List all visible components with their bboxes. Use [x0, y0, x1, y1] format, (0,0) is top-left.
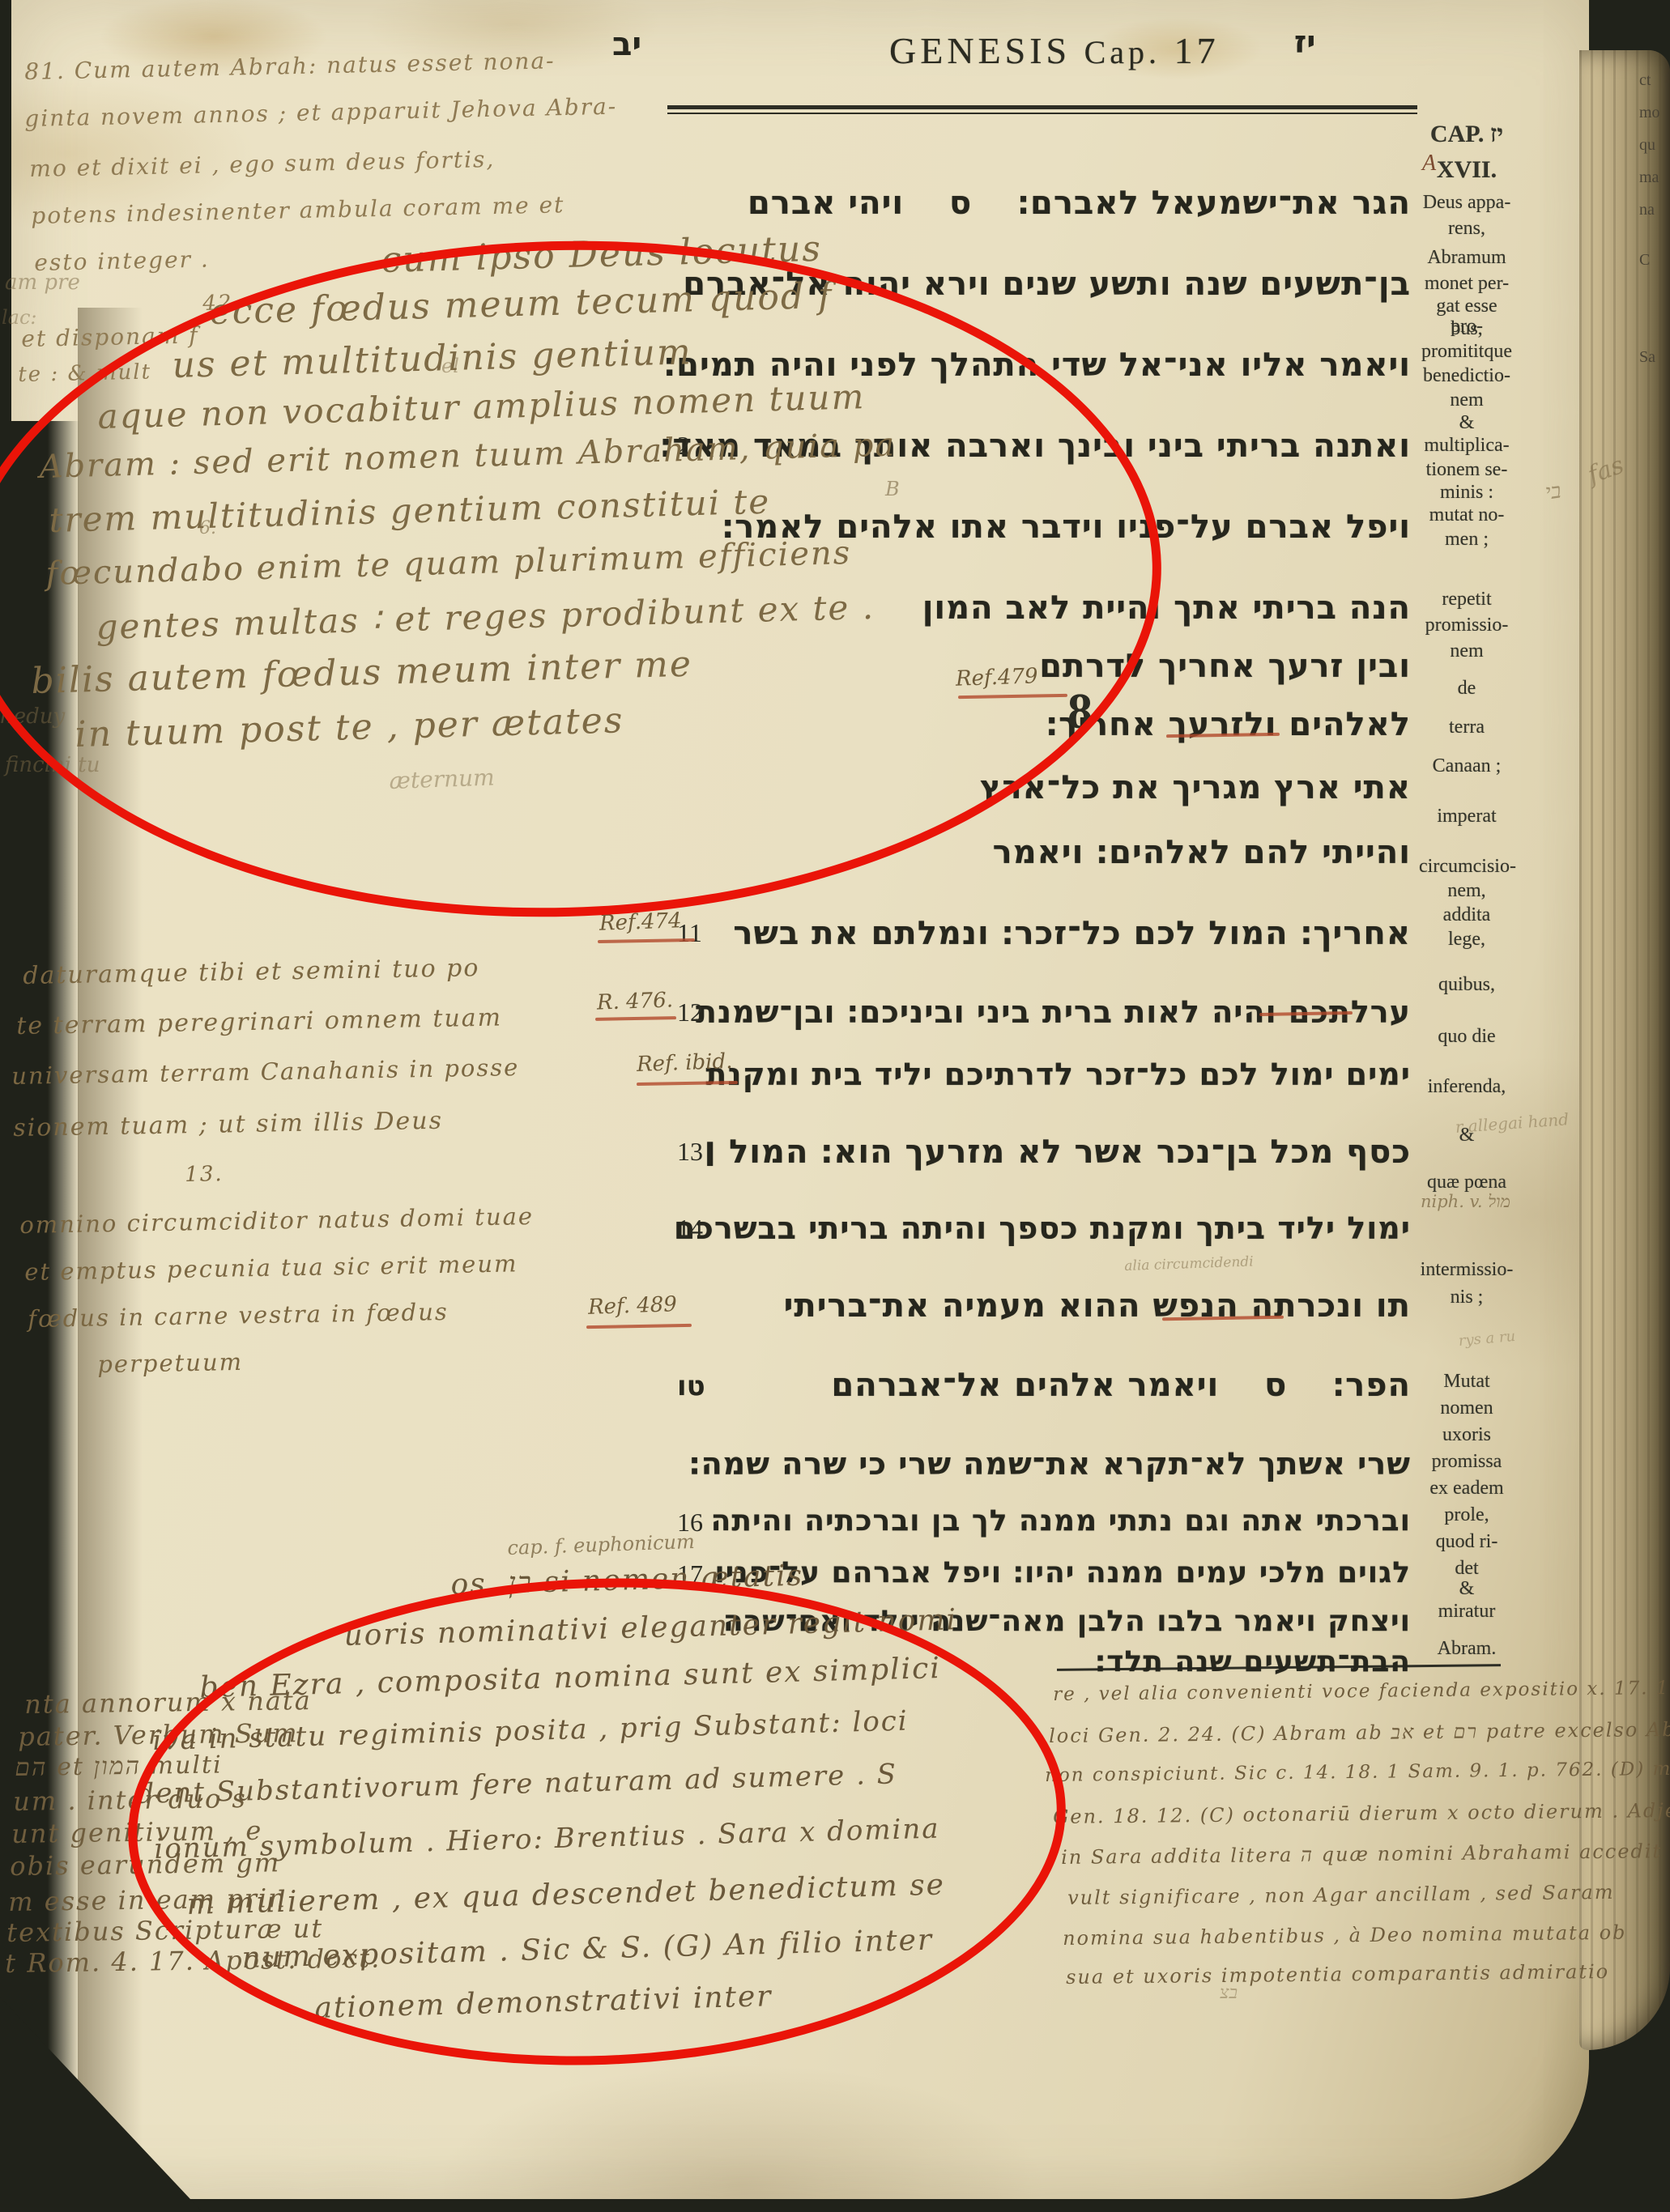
- margin-gloss-item: intermissio-: [1419, 1260, 1515, 1280]
- handwritten-note: lac:: [2, 306, 37, 329]
- title-cap: Cap.: [1084, 34, 1161, 70]
- margin-gloss-item: repetit: [1419, 589, 1515, 610]
- fore-edge-letter: qu: [1639, 136, 1655, 155]
- margin-gloss-item: terra: [1419, 717, 1515, 738]
- fore-edge-letter: na: [1639, 201, 1655, 219]
- margin-gloss-item: mutat no-: [1419, 505, 1515, 525]
- header-rule-thick: [667, 105, 1417, 109]
- handwritten-note: בצ: [1220, 1982, 1238, 2003]
- handwritten-reference: R. 476.: [597, 988, 674, 1015]
- margin-gloss-item: multiplica-: [1419, 436, 1515, 456]
- margin-gloss-item: CAP. יז: [1419, 121, 1515, 147]
- verse-number: טו: [677, 1370, 705, 1402]
- hebrew-text-line: והייתי להם לאלהים׃ ויאמר: [993, 834, 1411, 871]
- margin-gloss-item: minis :: [1419, 483, 1515, 503]
- verse-number: 13: [677, 1137, 703, 1167]
- verse-number: 14: [677, 1214, 703, 1244]
- margin-gloss-item: promissa: [1419, 1452, 1515, 1472]
- hebrew-text-line: וברכתי אתה וגם נתתי ממנה לך בן וברכתיה ו…: [711, 1504, 1411, 1538]
- hebrew-text-line: הבת־תשעים שנה תלד׃: [1095, 1645, 1411, 1678]
- hebrew-folio-number: יב: [612, 26, 641, 63]
- margin-gloss-item: de: [1419, 678, 1515, 699]
- margin-gloss-item: det: [1419, 1559, 1515, 1579]
- hebrew-text-line: שרי אשתך לא־תקרא את־שמה שרי כי שרה שמה׃: [688, 1446, 1411, 1482]
- hebrew-text-line: אחריך׃ המול לכם כל־זכר׃ ונמלתם את בשר: [733, 915, 1411, 952]
- margin-gloss-item: nem: [1419, 390, 1515, 410]
- fore-edge-letter: mo: [1639, 104, 1660, 122]
- margin-gloss-item: promissio-: [1419, 615, 1515, 636]
- hebrew-text-line: ימול יליד ביתך ומקנת כספך והיתה בריתי בב…: [674, 1210, 1411, 1246]
- hebrew-text-line: ימים ימול לכם כל־זכר לדרתיכם יליד בית ומ…: [705, 1057, 1411, 1092]
- handwritten-reference: Ref. ibid.: [637, 1049, 733, 1077]
- page-title: GENESIS Cap. 17: [889, 29, 1220, 72]
- margin-gloss-item: benedictio-: [1419, 366, 1515, 386]
- margin-gloss-item: quibus,: [1419, 975, 1515, 995]
- margin-gloss-item: men ;: [1419, 530, 1515, 550]
- hebrew-text-line: כסף מכל בן־נכר אשר לא מזרעך הוא׃ המול ׀: [704, 1134, 1411, 1171]
- title-chapter-number: 17: [1174, 30, 1220, 71]
- fore-edge-letter: Sa: [1639, 348, 1655, 367]
- margin-gloss-item: quo die: [1419, 1027, 1515, 1047]
- margin-gloss-item: uxoris: [1419, 1425, 1515, 1445]
- margin-gloss-item: nomen: [1419, 1398, 1515, 1419]
- handwritten-note: בי: [1544, 479, 1562, 504]
- fore-edge-letter: C: [1639, 251, 1650, 270]
- hebrew-text-line: תו ונכרתה הנפש ההוא מעמיה את־בריתי: [784, 1287, 1411, 1325]
- margin-gloss-item: prole,: [1419, 1505, 1515, 1525]
- hebrew-text-line: הפר׃ ס ויאמר אלהים אל־אברהם: [831, 1367, 1411, 1404]
- margin-gloss-item: &: [1419, 1579, 1515, 1599]
- scanned-book-page: יב GENESIS Cap. 17 יז A הגר את־ישמעאל לא…: [0, 0, 1670, 2212]
- margin-gloss-item: bus,: [1419, 319, 1515, 339]
- handwritten-note: am pre: [5, 270, 80, 295]
- margin-gloss-item: Abram.: [1419, 1639, 1515, 1659]
- margin-gloss-item: inferenda,: [1419, 1077, 1515, 1097]
- hebrew-text-line: הגר את־ישמעאל לאברם׃ ס ויהי אברם: [748, 185, 1411, 222]
- margin-gloss-item: XVII.: [1419, 157, 1515, 183]
- margin-gloss-item: quæ pœna: [1419, 1172, 1515, 1193]
- margin-gloss-item: promititque: [1419, 342, 1515, 362]
- margin-gloss-item: quod ri-: [1419, 1532, 1515, 1552]
- handwriting-left-middle: 13.: [185, 1162, 224, 1187]
- margin-gloss-item: Canaan ;: [1419, 756, 1515, 776]
- margin-gloss-item: &: [1419, 413, 1515, 433]
- margin-gloss-item: tionem se-: [1419, 460, 1515, 480]
- title-genesis: GENESIS: [889, 30, 1071, 71]
- handwritten-reference: Ref. 489: [588, 1292, 678, 1320]
- margin-gloss-item: lege,: [1419, 929, 1515, 950]
- handwriting-left-middle: perpetuum: [97, 1348, 243, 1378]
- header-rule-thin: [667, 113, 1417, 114]
- fore-edge-letter: ma: [1639, 168, 1659, 187]
- margin-gloss-item: imperat: [1419, 806, 1515, 827]
- margin-gloss-item: nem,: [1419, 881, 1515, 901]
- margin-gloss-item: Mutat: [1419, 1372, 1515, 1392]
- hebrew-chapter-number: יז: [1294, 24, 1315, 60]
- margin-gloss-item: Deus appa-: [1419, 193, 1515, 213]
- margin-gloss-item: Abramum: [1419, 248, 1515, 268]
- margin-gloss-item: nem: [1419, 641, 1515, 661]
- fore-edge-letter: ct: [1639, 71, 1651, 90]
- margin-gloss-item: addita: [1419, 905, 1515, 925]
- margin-gloss-item: rens,: [1419, 219, 1515, 239]
- margin-gloss-item: circumcisio-: [1419, 857, 1515, 877]
- margin-gloss-item: ex eadem: [1419, 1478, 1515, 1499]
- margin-gloss-item: nis ;: [1419, 1287, 1515, 1308]
- verse-number: 12: [677, 998, 703, 1027]
- margin-gloss-item: monet per-: [1419, 274, 1515, 294]
- hebrew-text-line: לגוים מלכי עמים ממנה יהיו׃ ויפל אברהם על…: [714, 1556, 1411, 1589]
- margin-gloss-item: miratur: [1419, 1602, 1515, 1622]
- hebrew-text-line: אתי ארץ מגריך את כל־ארץ: [980, 769, 1411, 806]
- handwritten-note: niph. v. מול: [1421, 1192, 1510, 1212]
- book-fore-edge: [1579, 50, 1670, 2050]
